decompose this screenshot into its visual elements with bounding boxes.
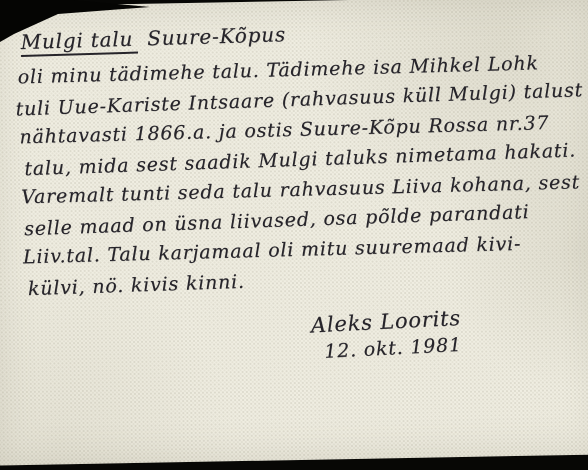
note-title-farm-name: Mulgi talu bbox=[20, 27, 137, 57]
note-title-location: Suure-Kõpus bbox=[147, 22, 286, 50]
signature-block: Aleks Loorits 12. okt. 1981 bbox=[310, 297, 588, 365]
note-title: Mulgi taluSuure-Kõpus bbox=[20, 13, 580, 54]
paper-card: Mulgi taluSuure-Kõpus oli minu tädimehe … bbox=[0, 0, 588, 466]
scanned-note-frame: Mulgi taluSuure-Kõpus oli minu tädimehe … bbox=[0, 0, 588, 470]
handwritten-text: Mulgi taluSuure-Kõpus oli minu tädimehe … bbox=[20, 13, 588, 370]
